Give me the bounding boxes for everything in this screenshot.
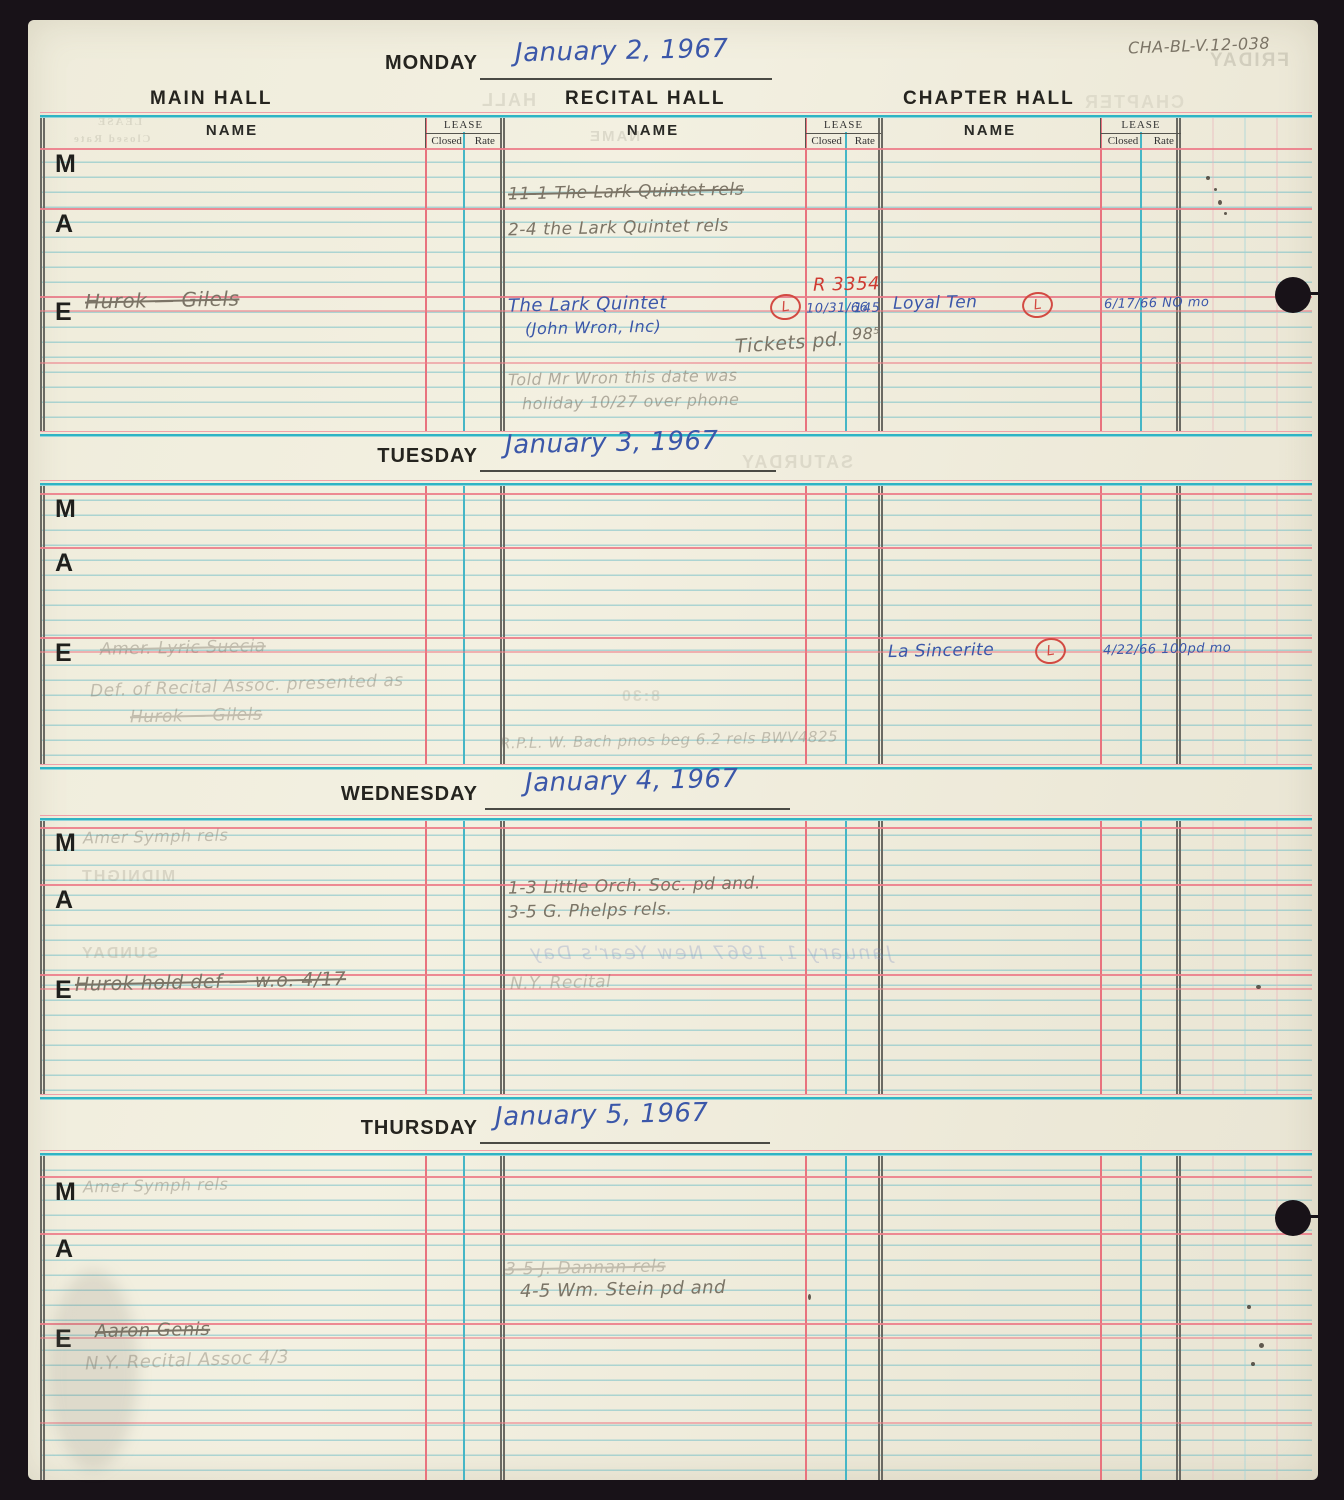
- entry-recital-lease-ref: R 3354: [813, 275, 880, 295]
- ledger-page: CHA-BL-V.12-038 MONDAY January 2, 1967 M…: [28, 20, 1318, 1480]
- entry-main-morning: Amer Symph rels: [83, 1176, 229, 1196]
- row-label-evening: E: [55, 641, 72, 666]
- day-label-monday: MONDAY: [308, 52, 478, 75]
- date-underline: [480, 78, 772, 80]
- entry-recital-evening-name: The Lark Quintet: [508, 294, 667, 316]
- row-label-morning: M: [55, 152, 76, 177]
- ghost-sunday: SUNDAY: [80, 945, 158, 963]
- ghost-lease: LEASE: [96, 116, 142, 128]
- entry-recital-slot-crossed: 3-5 J. Dannan rels: [505, 1258, 666, 1279]
- entry-chapter-lease-terms: 4/22/66 100pd mo: [1103, 642, 1232, 658]
- tuesday-block: M A E Amer. Lyric Suecia Def. of Recital…: [28, 480, 1318, 770]
- chapter-name-header: NAME: [910, 122, 1070, 139]
- monday-block: NAME NAME NAME LEASE ClosedRate LEASE Cl…: [28, 112, 1318, 437]
- row-label-afternoon: A: [55, 1237, 73, 1262]
- ghost-closed-rate: Closed Rate: [72, 133, 151, 145]
- row-label-evening: E: [55, 300, 72, 325]
- date-wednesday: January 4, 1967: [525, 766, 739, 798]
- thursday-block: M A E Amer Symph rels 3-5 J. Dannan rels…: [28, 1150, 1318, 1480]
- main-hall-title: MAIN HALL: [150, 88, 272, 110]
- entry-chapter-lease-terms: 6/17/66 NO mo: [1104, 296, 1210, 312]
- date-underline: [485, 808, 790, 810]
- main-name-header: NAME: [152, 122, 312, 139]
- row-label-evening: E: [55, 978, 72, 1003]
- date-thursday: January 5, 1967: [495, 1100, 709, 1132]
- chapter-hall-title: CHAPTER HALL: [903, 88, 1075, 110]
- date-underline: [480, 1142, 770, 1144]
- entry-recital-evening-agent: (John Wron, Inc): [525, 319, 662, 339]
- row-label-afternoon: A: [55, 888, 73, 913]
- entry-recital-tickets-amount: 98⁵: [852, 326, 881, 343]
- ghost-eight-thirty: 8:30: [620, 688, 660, 706]
- entry-chapter-evening-name: Loyal Ten: [893, 294, 978, 314]
- entry-chapter-evening-name: La Sincerite: [888, 642, 995, 662]
- entry-recital-evening: N.Y. Recital: [510, 974, 612, 994]
- day-label-tuesday: TUESDAY: [308, 445, 478, 468]
- recital-hall-title: RECITAL HALL: [565, 88, 726, 110]
- ghost-midnight: MIDNIGHT: [80, 868, 175, 886]
- hole-punch: [1275, 1200, 1311, 1236]
- row-label-morning: M: [55, 831, 76, 856]
- date-tuesday: January 3, 1967: [505, 428, 719, 460]
- entry-main-evening-crossed3: Hurok — Gilels: [130, 707, 263, 728]
- entry-recital-afternoon2: 3-5 G. Phelps rels.: [508, 901, 673, 922]
- entry-recital-lease-rate: 145: [854, 302, 881, 316]
- ghost-friday: FRIDAY: [1208, 50, 1289, 72]
- main-lease-header: LEASE ClosedRate: [425, 118, 501, 148]
- ghost-name: NAME: [588, 128, 640, 145]
- date-underline: [480, 470, 776, 472]
- row-label-morning: M: [55, 1180, 76, 1205]
- ghost-saturday: SATURDAY: [740, 452, 853, 473]
- recital-lease-header: LEASE ClosedRate: [805, 118, 881, 148]
- ghost-new-years-date: January 1, 1967 New Year's Day: [528, 942, 891, 964]
- row-label-morning: M: [55, 497, 76, 522]
- day-label-thursday: THURSDAY: [308, 1117, 478, 1140]
- entry-main-evening-crossed1: Amer. Lyric Suecia: [100, 638, 266, 659]
- hole-punch: [1275, 277, 1311, 313]
- date-monday: January 2, 1967: [515, 36, 729, 68]
- entry-main-evening: Hurok — Gilels: [85, 288, 240, 312]
- pencil-smudge: [48, 1270, 138, 1470]
- row-label-afternoon: A: [55, 212, 73, 237]
- ghost-chapter: CHAPTER: [1083, 92, 1184, 113]
- entry-main-morning: Amer Symph rels: [83, 827, 229, 847]
- ghost-hall: HALL: [480, 90, 536, 111]
- scan-background: CHA-BL-V.12-038 MONDAY January 2, 1967 M…: [0, 0, 1344, 1500]
- day-label-wednesday: WEDNESDAY: [308, 783, 478, 806]
- row-label-afternoon: A: [55, 551, 73, 576]
- chapter-lease-header: LEASE ClosedRate: [1100, 118, 1181, 148]
